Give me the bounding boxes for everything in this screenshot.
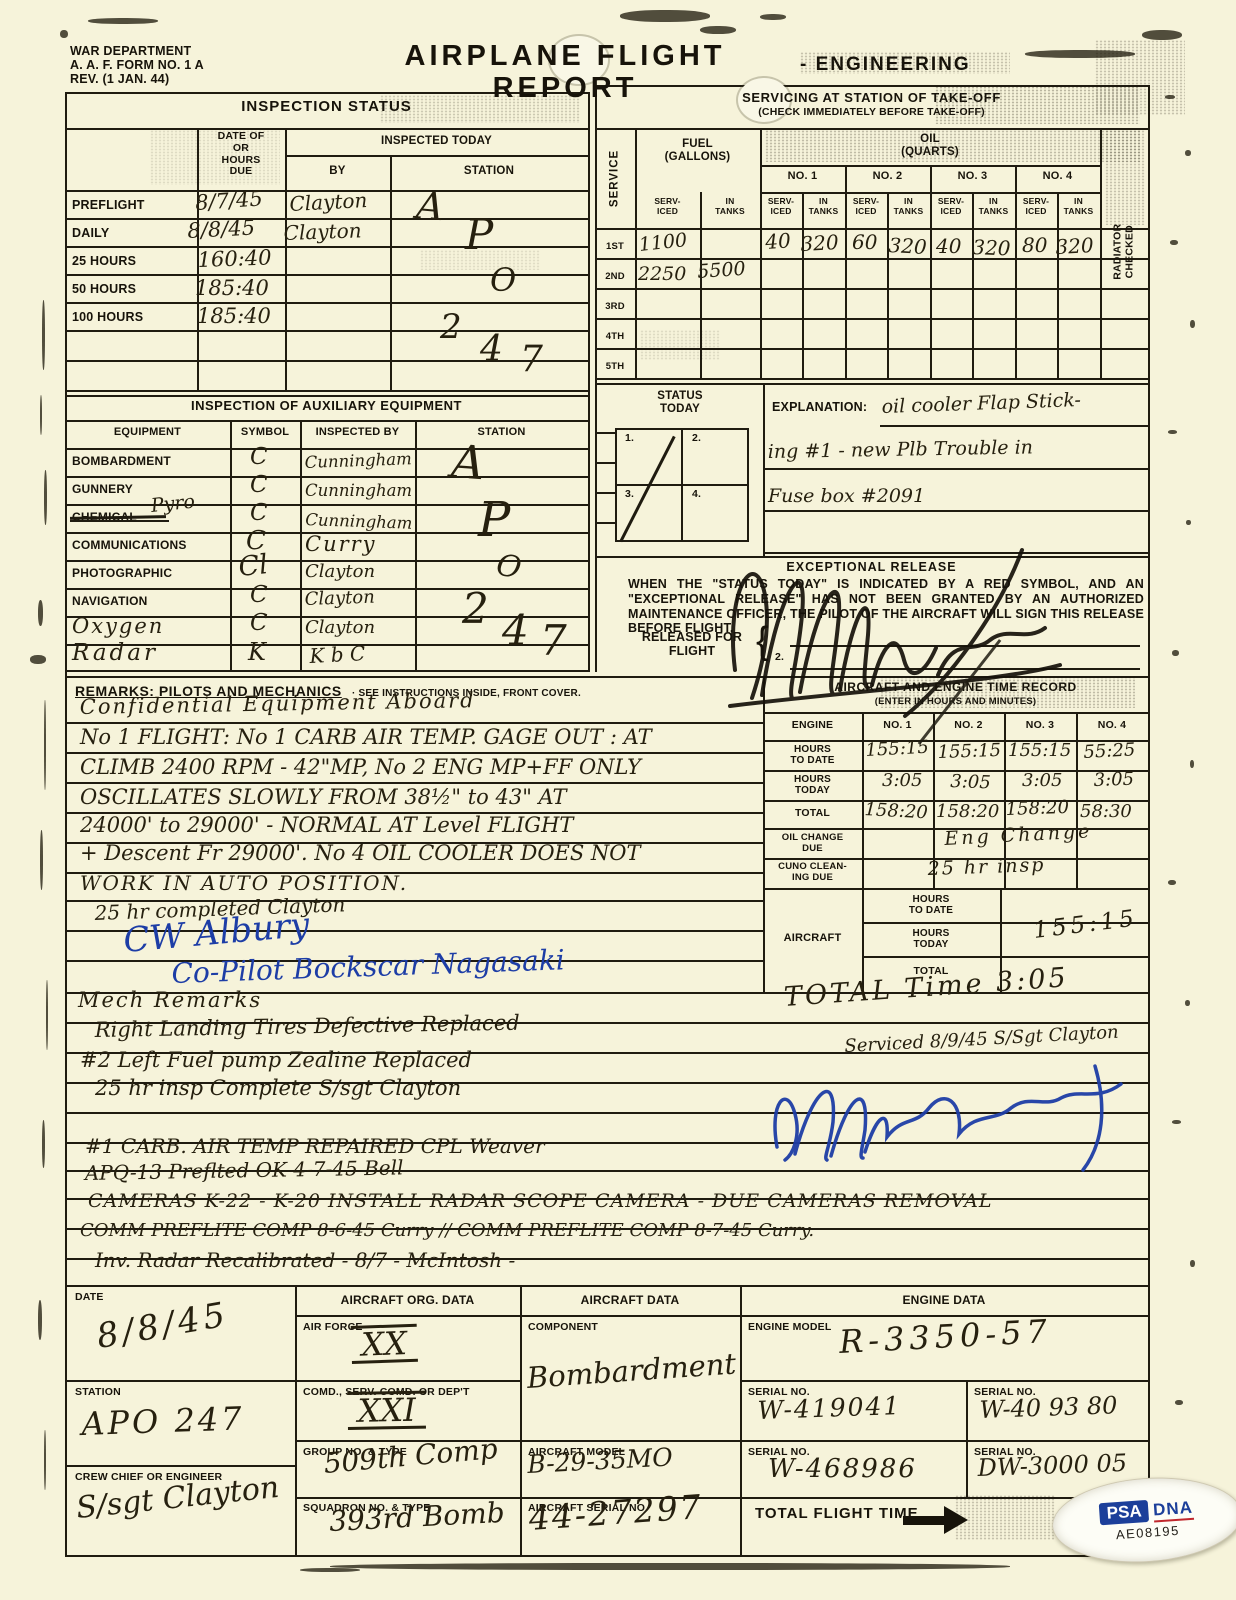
fuel-header: FUEL (GALLONS) [635,138,760,164]
tr-no1: NO. 1 [862,720,933,732]
grid-line [595,128,1148,130]
scan-speck [700,26,736,34]
aux-symbol: C [250,502,268,525]
station-script-char: O [490,264,516,296]
fuel-intanks-2nd: 5500 [697,260,747,282]
oil2-intanks-label: IN TANKS [887,197,930,216]
col-date-due: DATE OF OR HOURS DUE [197,131,285,178]
status-q1: 1. [625,433,634,445]
preflight-by: Clayton [289,190,368,214]
scan-speck [1185,1000,1190,1006]
aircraft-model-value: B-29-35MO [527,1444,674,1477]
mech-remarks-header: Mech Remarks [78,990,262,1011]
aux-col-by: INSPECTED BY [300,426,415,438]
scan-speck [1025,50,1135,58]
grid-line [230,420,232,670]
scan-speck [40,395,42,435]
engine-serial-4: DW-3000 05 [977,1451,1127,1480]
aircraft-serial-value: 44-27297 [528,1490,704,1535]
daily-by: Clayton [283,220,362,243]
oil3-intanks-label: IN TANKS [972,197,1015,216]
strikethrough [70,520,169,522]
grid-line [763,468,1148,470]
grid-line [65,722,765,724]
explanation-line: Fuse box #2091 [768,487,925,506]
grid-line [65,390,590,392]
status-q4: 4. [692,489,701,501]
aux-inspected-by: Curry [305,534,377,555]
form-number: A. A. F. FORM NO. 1 A [70,58,204,72]
scan-speck [60,30,68,38]
tr-no3: NO. 3 [1004,720,1076,732]
engine-serial-3: W-468986 [768,1456,917,1482]
aux-inspected-by: Clayton [305,619,375,637]
psa-dna-sticker: PSA DNA AE08195 [1049,1471,1236,1568]
aux-row-bombardment: BOMBARDMENT [72,455,171,468]
oil-no3: NO. 3 [930,170,1015,182]
inspection-status-title: INSPECTION STATUS [65,99,588,116]
status-today-label: STATUS TODAY [605,390,755,416]
aux-symbol: K [248,640,266,664]
oil-value: 60 [852,232,877,252]
grid-line [1148,85,1150,1555]
aircraft-hours-today: 155:15 [1032,907,1139,943]
col-station: STATION [390,165,588,178]
aux-col-symbol: SYMBOL [230,426,300,438]
aux-title: INSPECTION OF AUXILIARY EQUIPMENT [65,399,588,414]
scan-smudge [955,1495,1055,1540]
oil-value: 320 [972,237,1011,258]
grid-line [390,155,392,390]
grid-line [65,395,590,397]
grid-line [65,448,590,450]
fuel-serviced-2nd: 2250 [638,265,686,284]
aircraft-data-title: AIRCRAFT DATA [520,1294,740,1307]
daily-date: 8/8/45 [187,217,256,242]
servicing-title: SERVICING AT STATION OF TAKE-OFF [595,91,1148,106]
scan-speck [620,10,710,22]
cuno-note: 25 hr insp [927,856,1045,879]
grid-line [595,378,1148,380]
total-value: 158:20 [936,803,999,821]
preflight-date: 8/7/45 [195,188,264,214]
lower-remark-line: Inv. Radar Recalibrated - 8/7 - McIntosh… [95,1250,515,1270]
scan-speck [42,1120,45,1168]
grid-line [887,192,889,378]
oil1-intanks-label: IN TANKS [802,197,845,216]
mech-line: 25 hr insp Complete S/sgt Clayton [95,1078,461,1099]
remarks-line: 24000' to 29000' - NORMAL AT Level FLIGH… [80,815,573,836]
scan-speck [1186,520,1191,525]
grid-line [595,318,1148,320]
chemical-replacement-note: Pyro [150,492,196,516]
lower-remark-line: APQ-13 Preflted OK 4-7-45 Bell [85,1157,404,1183]
scan-speck [1190,760,1194,768]
grid-line [65,420,590,422]
aux-row-radar: Radar [72,642,158,665]
grid-line [65,1465,295,1467]
scan-speck [44,700,46,790]
station-script-char: 2 [440,310,462,344]
grid-line [65,330,590,332]
remarks-line: OSCILLATES SLOWLY FROM 38½" to 43" AT [80,787,567,808]
grid-line [65,1285,1148,1287]
status-q2: 2. [692,433,701,445]
scan-speck [44,470,47,525]
total-label: TOTAL [763,808,862,820]
grid-line [1057,192,1059,378]
row-100h: 100 HOURS [72,310,143,324]
fuel-serviced-1st: 1100 [638,231,688,255]
service-col-label: SERVICE [609,138,622,218]
arrow-icon [903,1516,945,1525]
grid-line [880,425,1148,427]
grid-line [740,1380,1148,1382]
explanation-label: EXPLANATION: [772,400,867,414]
remarks-line: WORK IN AUTO POSITION. [80,873,408,893]
col-by: BY [285,165,390,178]
oil-header: OIL (QUARTS) [760,133,1100,159]
100h-hours: 185:40 [197,306,271,327]
date-value: 8/8/45 [94,1297,231,1354]
grid-line [520,1285,522,1555]
engine-serial-1: W-419041 [757,1393,902,1423]
scan-speck [330,1563,1010,1570]
grid-line [295,1497,1148,1499]
service-row-2nd: 2ND [595,272,635,283]
scan-speck [88,18,158,24]
grid-line [65,504,590,506]
scan-speck [1190,1260,1195,1267]
grid-line [740,1285,742,1555]
total-value: 58:30 [1080,803,1132,821]
psa-dna-logo: PSA DNA [1099,1497,1194,1526]
grid-line [763,888,1148,890]
grid-line [595,522,615,524]
dna-logo: DNA [1152,1498,1193,1523]
ht-value: 3:05 [950,773,991,792]
aux-row-oxygen: Oxygen [72,616,164,637]
grid-line [595,85,597,672]
aux-inspected-by: Clayton [305,563,375,581]
total-time-note: TOTAL Time 3:05 [783,964,1069,1011]
grid-line [65,670,590,672]
total-value: 158:20 [864,801,928,822]
grid-line [415,420,417,670]
ht-value: 3:05 [882,772,922,790]
grid-line [972,192,974,378]
aux-col-station: STATION [415,426,588,438]
lower-remark-line: COMM PREFLITE COMP 8-6-45 Curry // COMM … [80,1222,814,1240]
scan-speck [1170,240,1178,245]
grid-line [595,348,1148,350]
aux-inspected-by: K b C [309,643,366,666]
scan-speck [40,830,43,890]
scan-speck [1142,30,1182,40]
aux-symbol: C [250,474,268,497]
engine-model-value: R-3350-57 [838,1315,1052,1358]
oil3-serviced-label: SERV- ICED [930,197,972,216]
grid-line [65,782,765,784]
station-label: STATION [75,1387,121,1399]
grid-line [65,752,765,754]
station-script-char: 7 [540,620,567,662]
grid-line [1100,128,1102,378]
grid-line [65,302,590,304]
grid-line [65,1555,1148,1557]
scan-speck [1172,1120,1181,1124]
ht-value: 3:05 [1022,772,1062,790]
grid-line [760,128,762,378]
grid-line [300,420,302,670]
station-script-char: 7 [520,342,543,378]
lower-remark-line: CAMERAS K-22 - K-20 INSTALL RADAR SCOPE … [88,1192,993,1211]
station-script-char: P [465,214,493,256]
fuel-serviced-label: SERV- ICED [635,197,700,216]
grid-line [295,1380,520,1382]
oil-value: 320 [800,232,839,254]
htd-value: 155:15 [1008,742,1071,760]
grid-line [615,428,617,542]
flight-report-scan: WAR DEPARTMENT A. A. F. FORM NO. 1 A REV… [0,0,1236,1600]
aux-symbol: C [250,446,268,469]
oil1-serviced-label: SERV- ICED [760,197,802,216]
ac-hours-today-label: HOURS TODAY [862,928,1000,950]
grid-line [862,712,864,888]
station-script-char: O [494,550,523,584]
grid-line [1076,712,1078,888]
service-row-5th: 5TH [595,362,635,373]
htd-value: 155:15 [937,742,1001,762]
explanation-line: ing #1 - new Plb Trouble in [768,438,1033,462]
oil-value: 320 [888,235,927,257]
engine-model-label: ENGINE MODEL [748,1322,832,1334]
lower-remark-line: #1 CARB. AIR TEMP REPAIRED CPL Weaver [85,1136,545,1156]
grid-line [65,92,67,1555]
psa-logo: PSA [1099,1500,1149,1525]
aux-inspected-by: Cunningham [304,451,412,471]
oil-value: 40 [936,236,961,256]
air-force-value: XX [351,1324,418,1364]
comd-value: XXI [347,1391,426,1430]
mech-line: #2 Left Fuel pump Zealine Replaced [80,1050,472,1071]
oil-no4: NO. 4 [1015,170,1100,182]
grid-line [65,128,590,130]
remarks-line: CLIMB 2400 RPM - 42"MP, No 2 ENG MP+FF O… [80,757,641,778]
station-script-char: P [478,496,510,544]
scan-speck [38,1300,42,1340]
ht-value: 3:05 [1093,771,1134,790]
agency-label: WAR DEPARTMENT [70,44,191,58]
oil-value: 320 [1055,235,1094,257]
aux-inspected-by: Cunningham [305,512,413,532]
grid-line [595,288,1148,290]
component-value: Bombardment [526,1349,737,1393]
station-script-char: 2 [462,588,489,630]
station-script-char: 4 [502,610,529,652]
oil-value: 80 [1022,235,1047,255]
htd-value: 55:25 [1083,741,1136,762]
scan-speck [1172,650,1179,656]
scan-smudge [640,330,720,360]
scan-speck [38,600,43,626]
scan-speck [42,300,45,370]
grid-line [65,360,590,362]
grid-line [700,192,702,378]
grid-line [65,246,590,248]
grid-line [65,1380,295,1382]
remarks-line: No 1 FLIGHT: No 1 CARB AIR TEMP. GAGE OU… [80,727,652,748]
component-label: COMPONENT [528,1322,598,1334]
row-preflight: PREFLIGHT [72,198,145,212]
org-data-title: AIRCRAFT ORG. DATA [295,1294,520,1307]
grid-line [635,128,637,378]
page-title-suffix: - ENGINEERING [800,54,971,75]
50h-hours: 185:40 [195,278,269,299]
remarks-line: + Descent Fr 29000'. No 4 OIL COOLER DOE… [80,843,641,864]
oil-change-label: OIL CHANGE DUE [763,833,862,854]
date-label: DATE [75,1292,104,1304]
arrow-icon [944,1506,968,1534]
grid-line [802,192,804,378]
copilot-title-note: Co-Pilot Bockscar Nagasaki [171,946,565,988]
aircraft-row-label: AIRCRAFT [763,932,862,944]
grid-line [65,476,590,478]
explanation-line: oil cooler Flap Stick- [881,391,1081,417]
scan-speck [1165,95,1175,99]
scan-speck [1185,150,1191,156]
scan-speck [760,14,786,20]
hours-to-date-label: HOURS TO DATE [763,744,862,766]
aux-row-gunnery: GUNNERY [72,483,133,496]
scan-speck [30,655,46,664]
remarks-line: Confidential Equipment Aboard [80,690,476,718]
station-script-char: 4 [480,332,503,368]
oil-no1: NO. 1 [760,170,845,182]
oil-value: 40 [765,230,792,252]
servicing-subtitle: (CHECK IMMEDIATELY BEFORE TAKE-OFF) [595,107,1148,119]
service-row-4th: 4TH [595,332,635,343]
engine-col-label: ENGINE [763,720,862,732]
scan-speck [1168,880,1176,885]
aux-inspected-by: Clayton [304,589,375,609]
oil-no2: NO. 2 [845,170,930,182]
squadron-value: 393rd Bomb [329,1499,506,1536]
grid-line [588,92,590,670]
engine-serial-2: W-40 93 80 [979,1393,1118,1422]
service-row-3rd: 3RD [595,302,635,313]
station-script-char: A [415,186,446,226]
tr-no2: NO. 2 [933,720,1004,732]
oil4-intanks-label: IN TANKS [1057,197,1100,216]
aux-col-equipment: EQUIPMENT [65,426,230,438]
maintenance-signature [765,1052,1155,1177]
cuno-label: CUNO CLEAN- ING DUE [763,862,862,883]
total-value: 158:20 [1005,799,1069,819]
grid-line [595,462,615,464]
aux-inspected-by: Cunningham [305,483,412,500]
form-revision: REV. (1 JAN. 44) [70,72,169,86]
scan-speck [1168,430,1177,434]
scan-speck [44,1430,46,1490]
grid-line [681,428,683,542]
oil-change-note: Eng Change [944,822,1093,849]
engine-data-title: ENGINE DATA [740,1294,1148,1307]
scan-speck [1175,1400,1183,1405]
status-q3: 3. [625,489,634,501]
grid-line [595,383,1148,385]
col-inspected-today: INSPECTED TODAY [285,135,588,148]
row-daily: DAILY [72,226,109,240]
grid-line [763,510,1148,512]
aux-symbol: Cl [237,551,269,581]
aux-row-communications: COMMUNICATIONS [72,539,187,552]
grid-line [595,492,615,494]
aux-row-photographic: PHOTOGRAPHIC [72,567,172,580]
oil2-serviced-label: SERV- ICED [845,197,887,216]
certification-code: AE08195 [1115,1523,1180,1542]
grid-line [295,1285,297,1555]
scan-speck [46,980,48,1050]
grid-line [966,1380,968,1497]
fuel-intanks-label: IN TANKS [700,197,760,216]
aux-row-navigation: NAVIGATION [72,595,148,608]
mech-line: Right Landing Tires Defective Replaced [95,1013,520,1041]
ac-hours-to-date-label: HOURS TO DATE [862,894,1000,916]
aux-symbol: C [250,612,268,635]
service-row-1st: 1ST [595,242,635,253]
25h-hours: 160:40 [197,247,272,271]
hours-today-label: HOURS TODAY [763,774,862,796]
station-value: APO 247 [81,1402,245,1440]
grid-line [862,956,1148,958]
row-50h: 50 HOURS [72,282,136,296]
scan-speck [1190,320,1195,328]
row-25h: 25 HOURS [72,254,136,268]
station-script-char: A [450,438,486,486]
grid-line [595,432,615,434]
scan-speck [300,1568,360,1572]
oil4-serviced-label: SERV- ICED [1015,197,1057,216]
aux-symbol: C [250,584,268,607]
total-flight-time-label: TOTAL FLIGHT TIME [755,1506,919,1523]
grid-line [285,155,588,157]
radiator-col-label: RADIATOR CHECKED [1112,207,1136,297]
tr-no4: NO. 4 [1076,720,1148,732]
